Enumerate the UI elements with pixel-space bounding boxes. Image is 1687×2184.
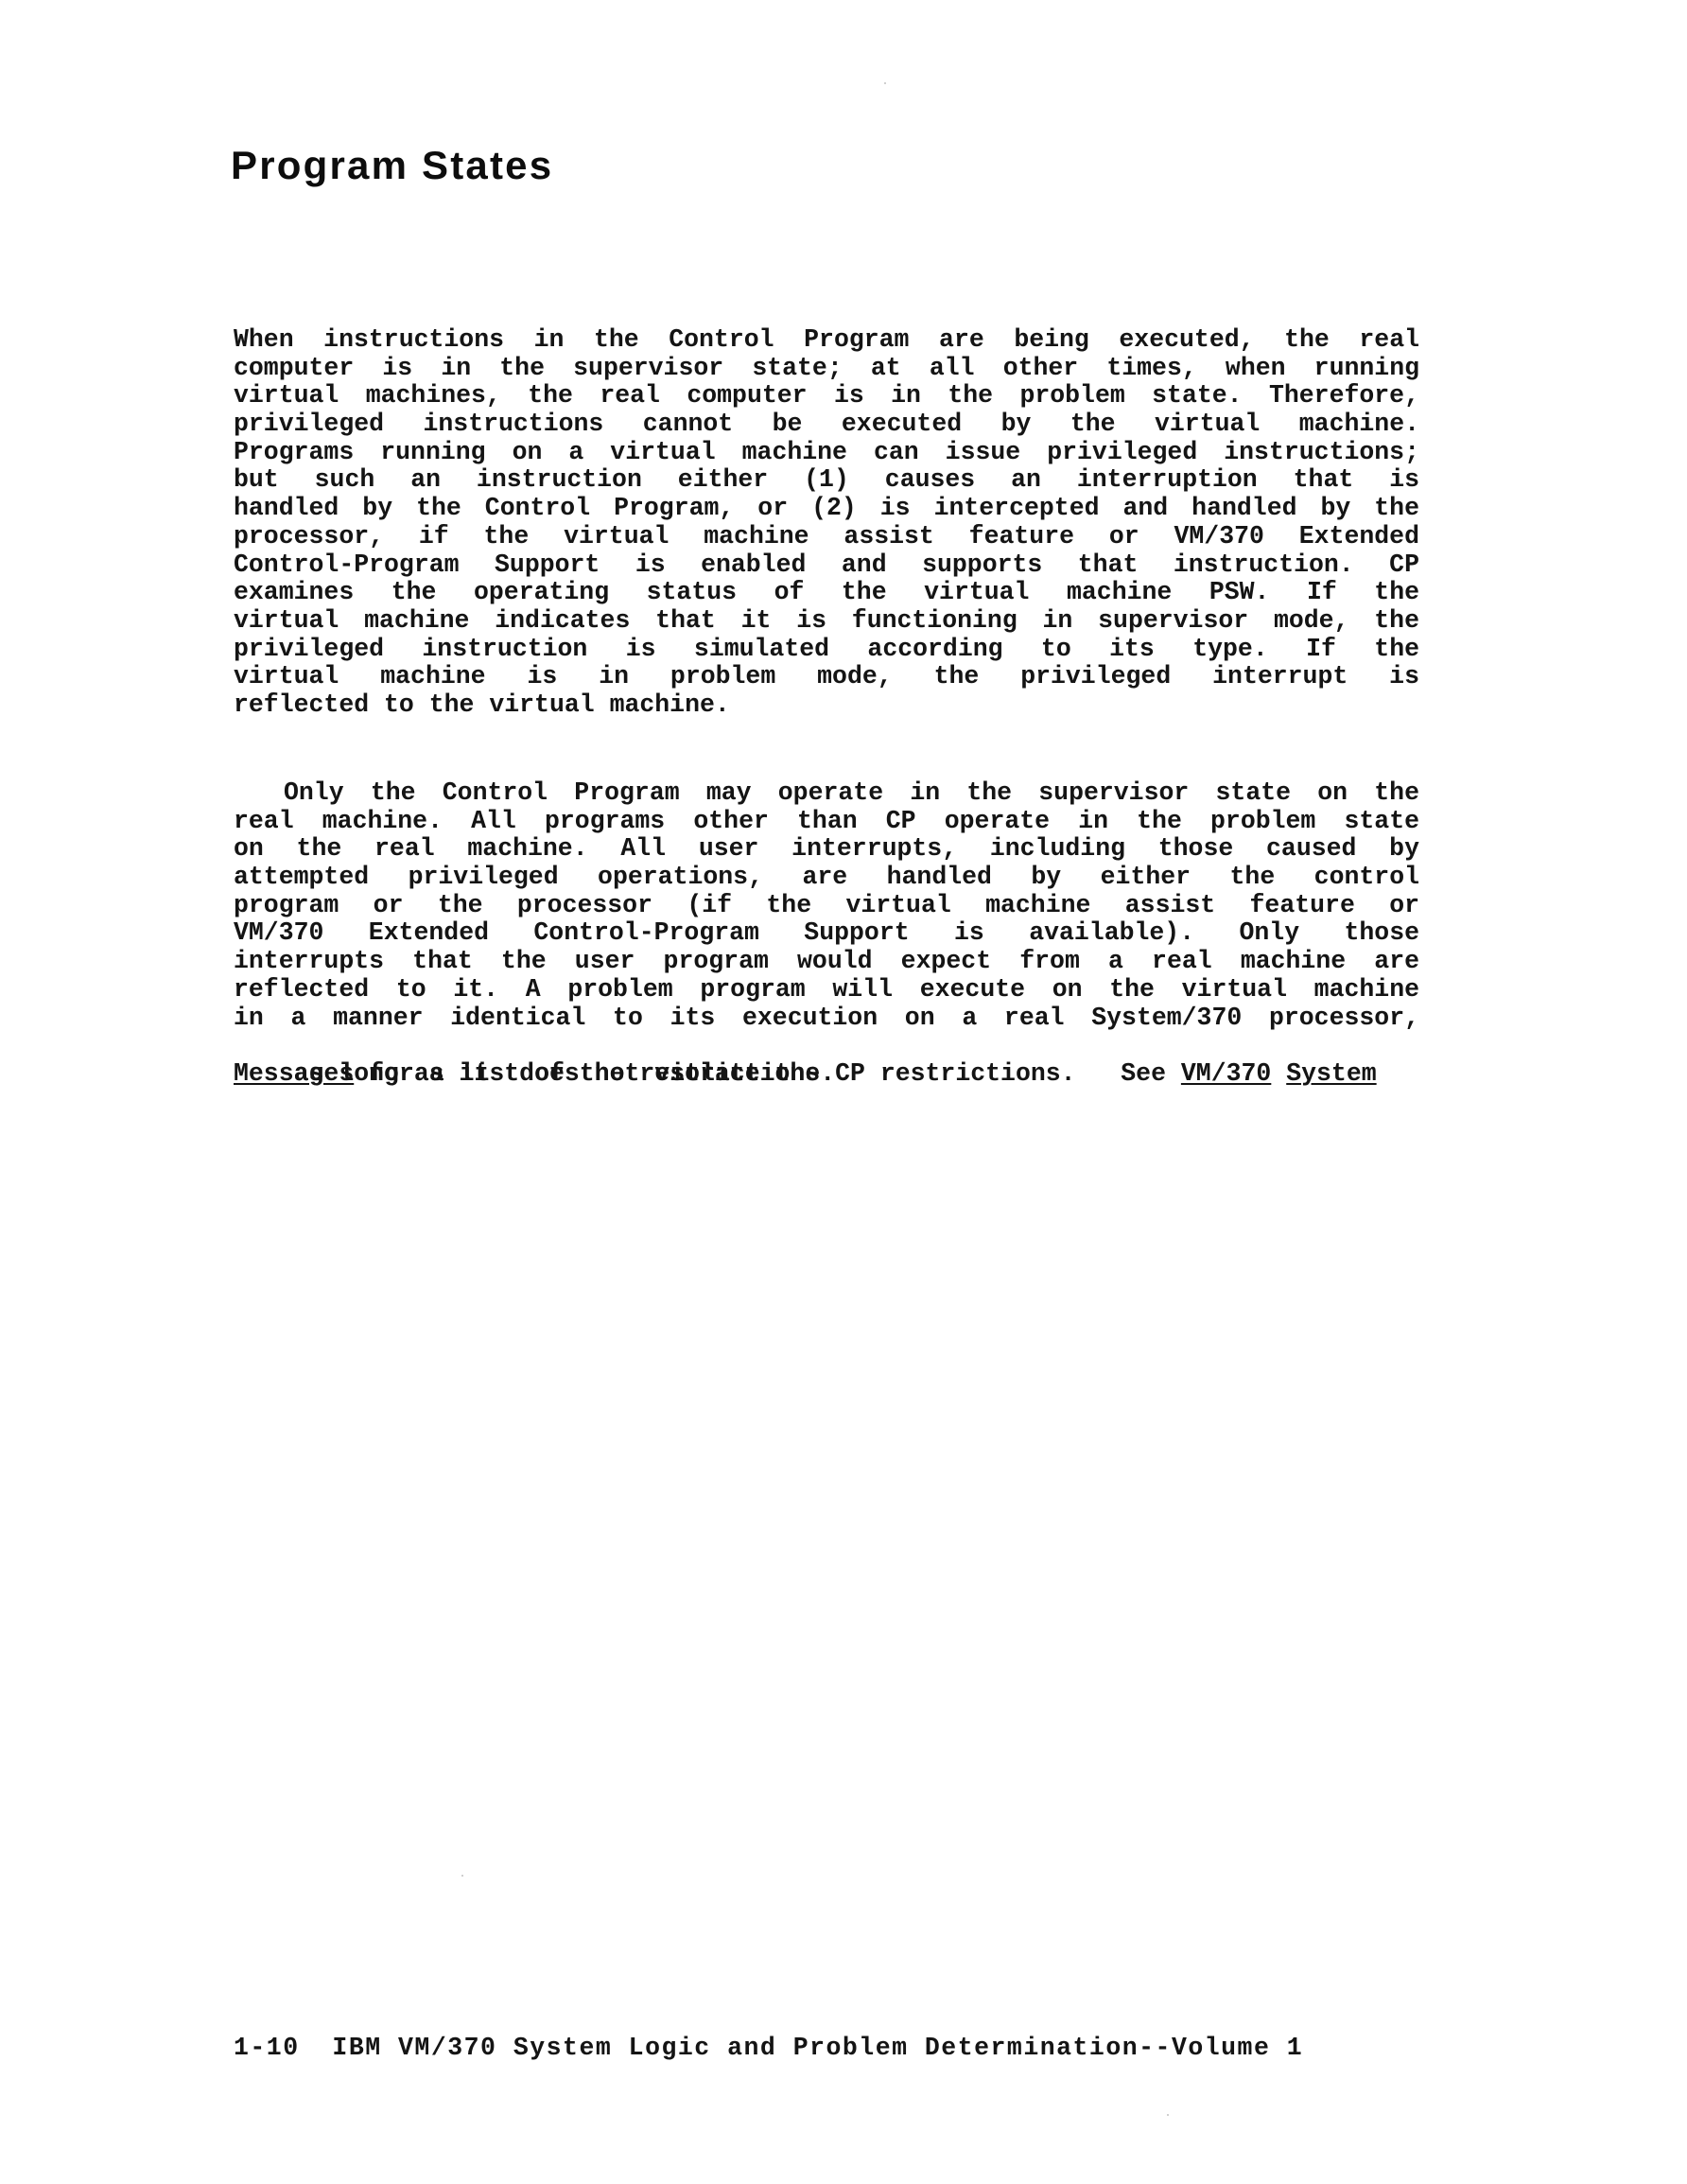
text-line: reflected to the virtual machine. [234,691,1419,720]
text-line: virtual machine indicates that it is fun… [234,607,1419,636]
scan-speck [884,82,886,84]
paragraph-program-states-intro: When instructions in the Control Program… [234,326,1419,720]
text-line: in a manner identical to its execution o… [234,1005,1419,1033]
page-footer: 1-10 IBM VM/370 System Logic and Problem… [234,2034,1303,2062]
scan-speck [461,1875,463,1877]
text-line: privileged instruction is simulated acco… [234,636,1419,664]
text-line: but such an instruction either (1) cause… [234,466,1419,495]
text-line: Control-Program Support is enabled and s… [234,551,1419,580]
text-line: as long as it does not violate the CP re… [234,1032,1419,1060]
text-line: on the real machine. All user interrupts… [234,835,1419,864]
text-line: Only the Control Program may operate in … [234,779,1419,808]
paragraph-control-program-supervisor: Only the Control Program may operate in … [234,779,1419,1089]
text-line: attempted privileged operations, are han… [234,864,1419,892]
page-title: Program States [231,142,553,189]
scan-speck [1167,2114,1169,2116]
text-line: virtual machines, the real computer is i… [234,382,1419,411]
text-fragment: for a list of the restrictions. [354,1059,835,1088]
text-line: program or the processor (if the virtual… [234,892,1419,920]
text-line: Programs running on a virtual machine ca… [234,439,1419,467]
text-line: VM/370 Extended Control-Program Support … [234,919,1419,948]
text-line: privileged instructions cannot be execut… [234,411,1419,439]
text-line: interrupts that the user program would e… [234,948,1419,976]
text-line: processor, if the virtual machine assist… [234,523,1419,551]
text-line: computer is in the supervisor state; at … [234,355,1419,383]
text-line: real machine. All programs other than CP… [234,808,1419,836]
reference-system[interactable]: System [1286,1059,1376,1088]
reference-messages[interactable]: Messages [234,1059,354,1088]
text-line: When instructions in the Control Program… [234,326,1419,355]
text-line: handled by the Control Program, or (2) i… [234,495,1419,523]
text-line: virtual machine is in problem mode, the … [234,663,1419,691]
text-line: examines the operating status of the vir… [234,579,1419,607]
reference-vm370[interactable]: VM/370 [1181,1059,1271,1088]
text-line: reflected to it. A problem program will … [234,976,1419,1005]
